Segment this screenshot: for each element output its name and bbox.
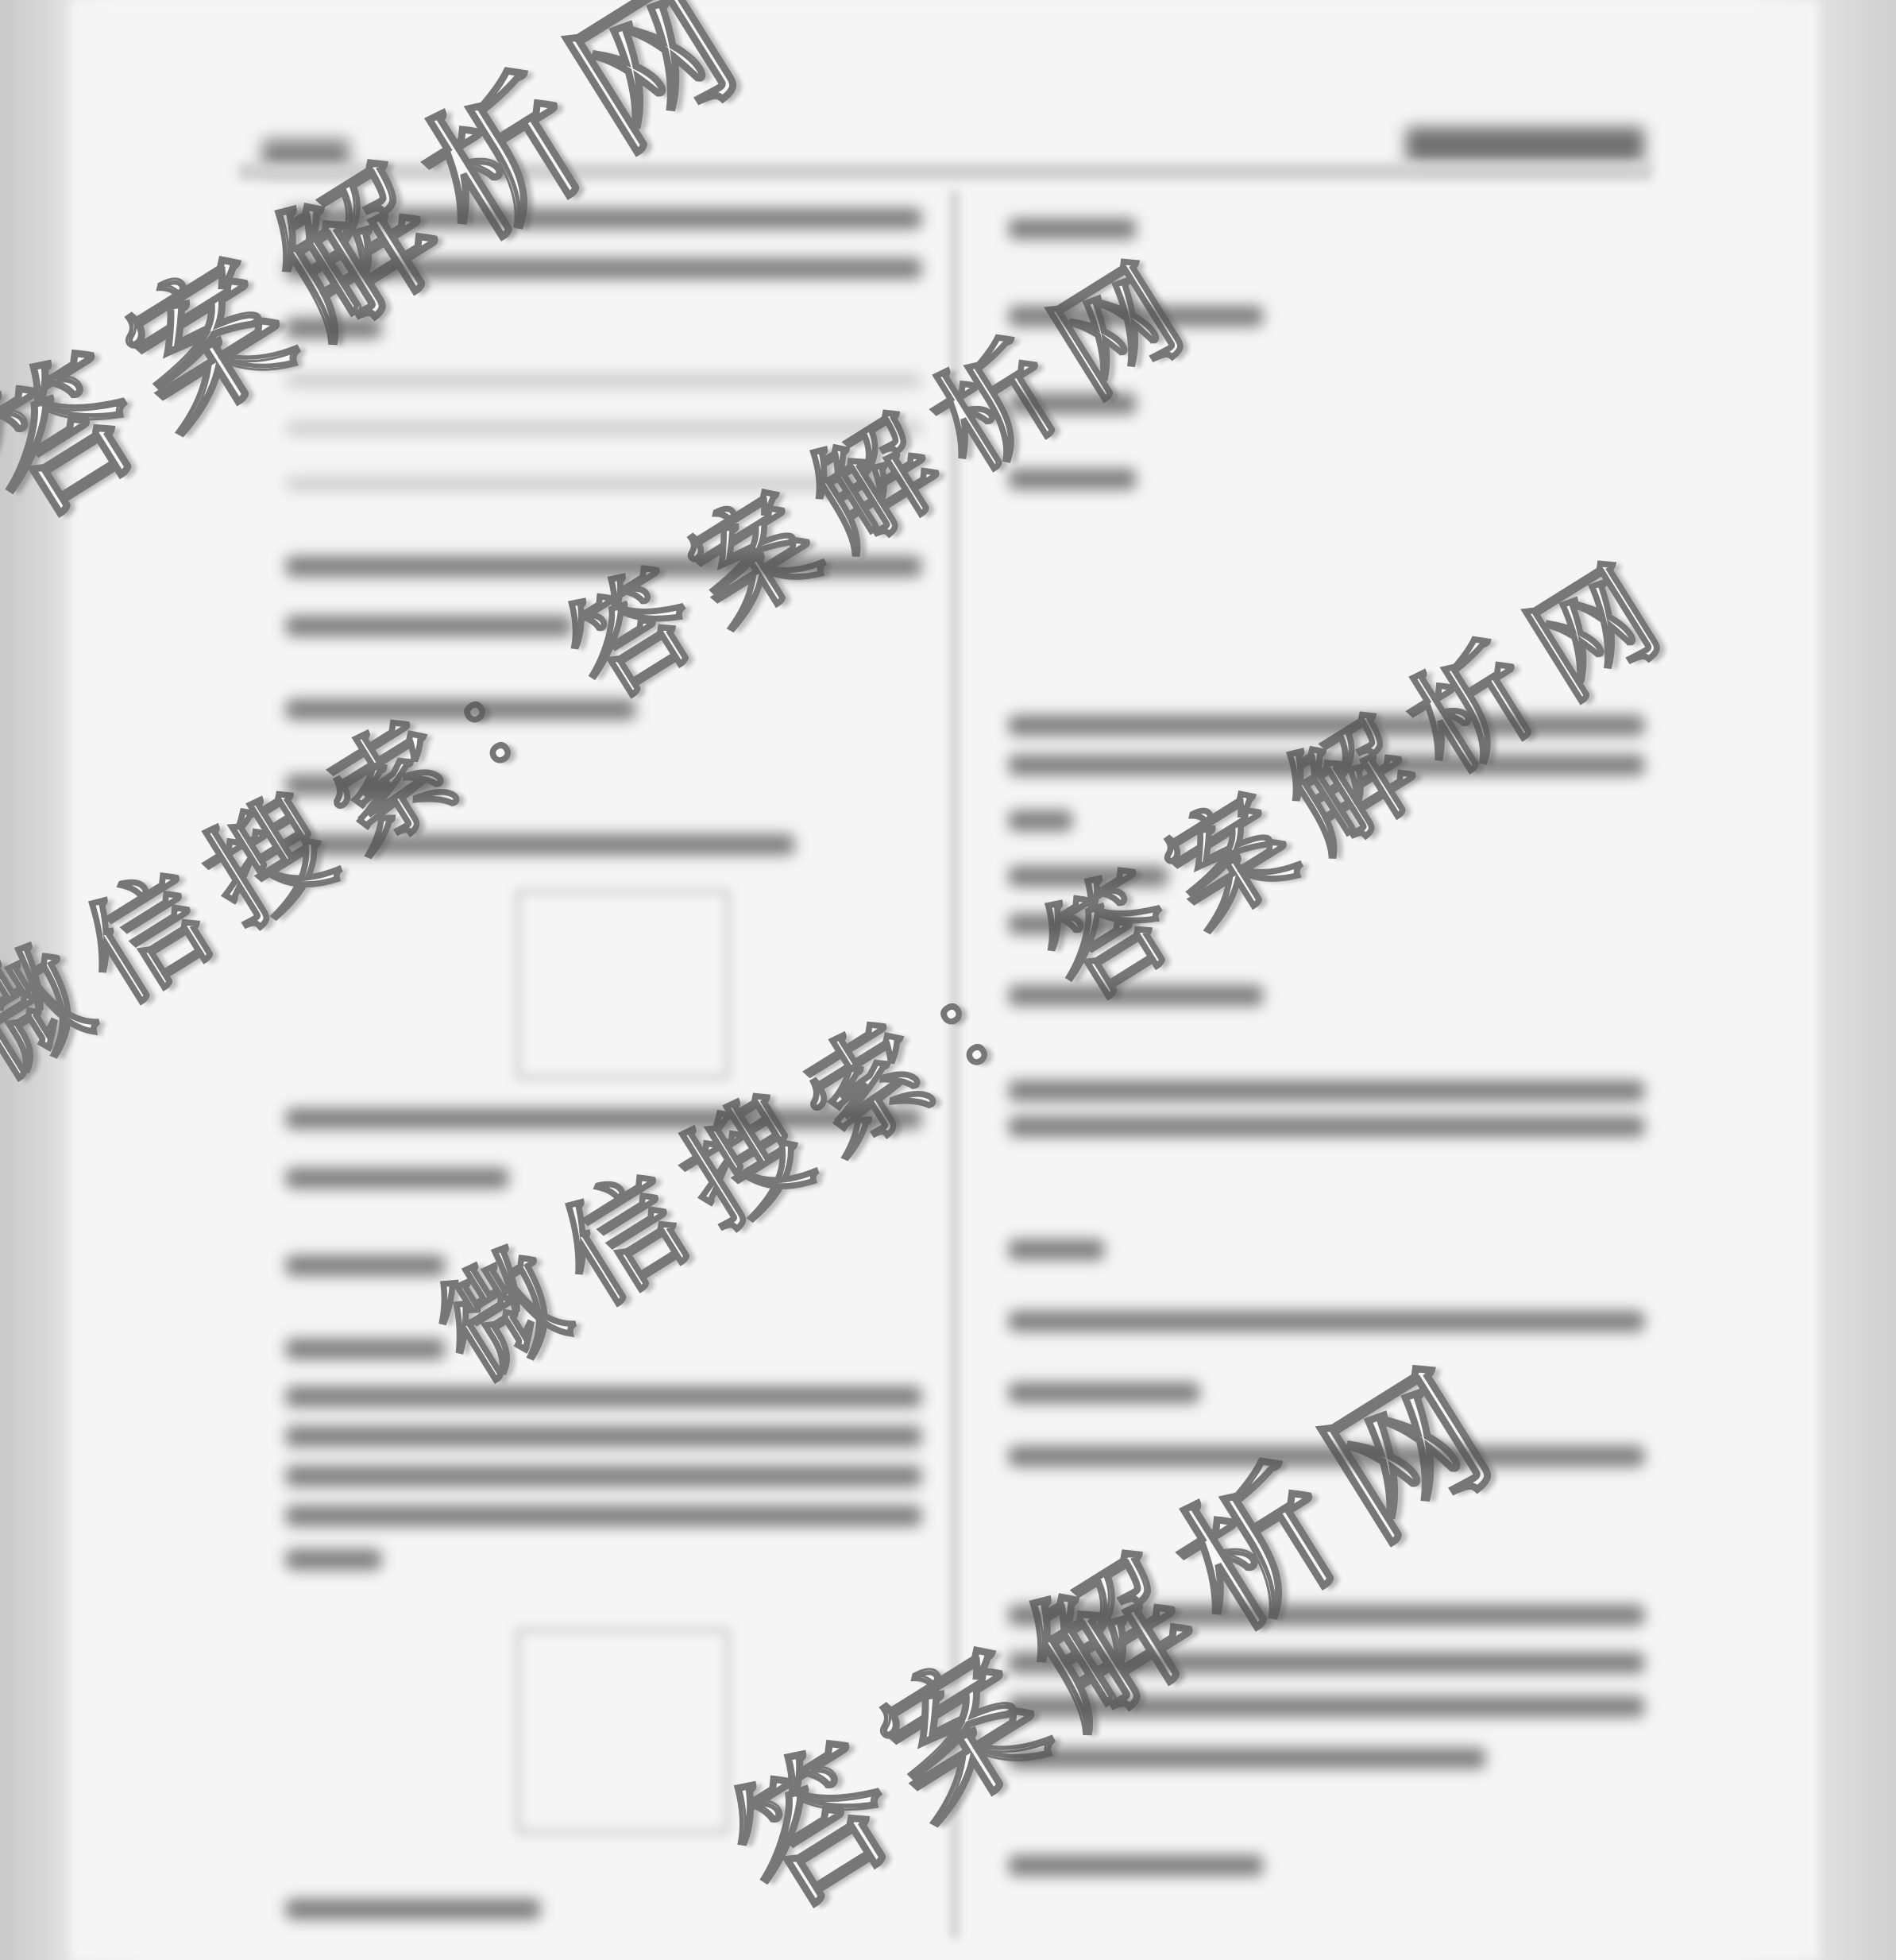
blurred-text-line [1009,1116,1644,1137]
running-header-right [1406,127,1644,163]
blurred-text-line [1009,914,1136,934]
blurred-text-line [286,1426,921,1447]
blurred-text-line [1009,306,1263,327]
blurred-text-line [1009,715,1644,736]
blurred-text-line [1009,755,1644,775]
blurred-text-line [1009,1081,1644,1101]
blurred-text-line [286,1339,445,1359]
blurred-text-line [1009,1696,1644,1717]
blurred-text-line [286,834,794,855]
blurred-text-line [286,1386,921,1407]
blurred-text-line [1009,1446,1644,1467]
blurred-text-line [286,318,381,338]
blurred-text-line [1009,393,1136,414]
blurred-text-line [286,556,921,577]
blurred-text-line [286,1506,921,1526]
blurred-text-line [286,421,921,435]
blurred-text-line [1009,1239,1104,1260]
blurred-text-line [286,208,921,229]
blurred-text-line [286,1168,508,1189]
blurred-text-line [286,1255,445,1276]
figure-2 [516,1629,729,1834]
blurred-text-line [1009,866,1168,887]
blurred-text-line [286,373,921,388]
blurred-text-line [286,258,921,279]
blurred-text-line [286,477,921,491]
blurred-text-line [1009,1382,1199,1403]
blurred-text-line [1009,218,1136,239]
blurred-text-line [1009,1605,1644,1626]
blurred-text-line [1009,810,1072,831]
blurred-text-line [286,699,635,720]
blurred-text-line [286,616,572,636]
blurred-text-line [286,1108,921,1129]
blurred-text-line [286,1549,381,1570]
blurred-text-line [1009,469,1136,489]
blurred-text-line [286,775,445,795]
blurred-text-line [1009,1748,1485,1769]
figure-1 [516,890,729,1079]
blurred-text-line [286,1466,921,1486]
blurred-text-line [1009,1311,1644,1332]
blurred-text-line [1009,1653,1644,1673]
blurred-text-line [1009,1855,1263,1876]
blurred-text-line [1009,985,1263,1006]
blurred-text-line [286,1899,540,1919]
